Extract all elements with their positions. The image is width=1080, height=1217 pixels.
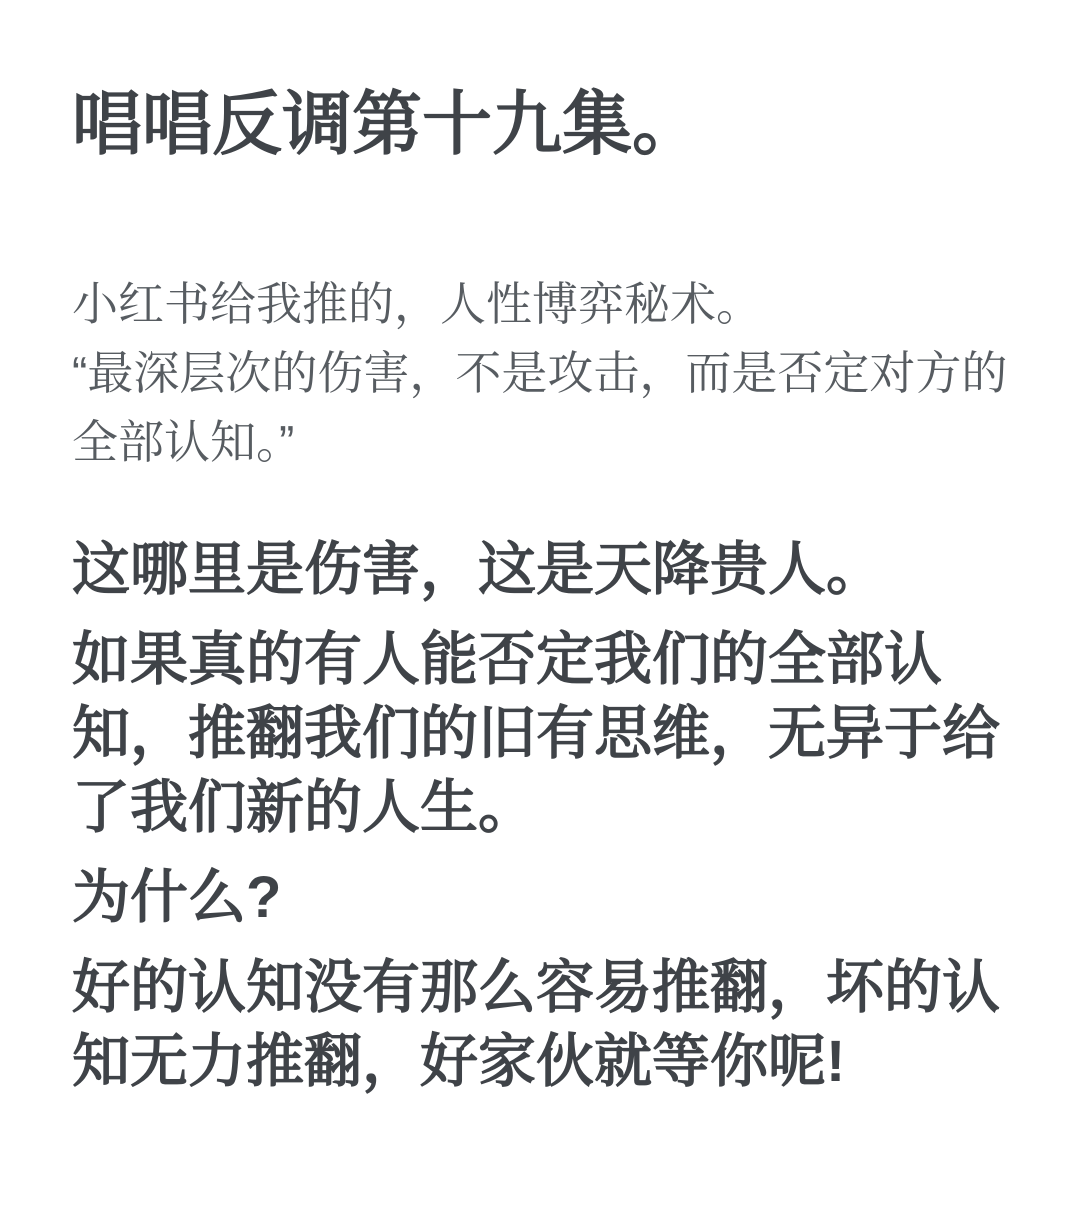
body-paragraph: 好的认知没有那么容易推翻，坏的认 知无力推翻，好家伙就等你呢! bbox=[72, 951, 1018, 1099]
body-line: 知无力推翻，好家伙就等你呢! bbox=[72, 1025, 1018, 1099]
intro-paragraph: 小红书给我推的，人性博弈秘术。 “最深层次的伤害，不是攻击，而是否定对方的 全部… bbox=[72, 270, 1018, 477]
body-line: 知，推翻我们的旧有思维，无异于给 bbox=[72, 697, 1018, 771]
article-page: 唱唱反调第十九集。 小红书给我推的，人性博弈秘术。 “最深层次的伤害，不是攻击，… bbox=[0, 0, 1080, 1217]
body-line: 这哪里是伤害，这是天降贵人。 bbox=[72, 533, 1018, 607]
body-paragraph: 为什么? bbox=[72, 861, 1018, 935]
intro-line: 全部认知。” bbox=[72, 408, 1018, 477]
body-line: 为什么? bbox=[72, 861, 1018, 935]
body-line: 如果真的有人能否定我们的全部认 bbox=[72, 623, 1018, 697]
intro-line: “最深层次的伤害，不是攻击，而是否定对方的 bbox=[72, 339, 1018, 408]
article-body: 这哪里是伤害，这是天降贵人。 如果真的有人能否定我们的全部认 知，推翻我们的旧有… bbox=[72, 533, 1018, 1099]
body-line: 好的认知没有那么容易推翻，坏的认 bbox=[72, 951, 1018, 1025]
body-paragraph: 如果真的有人能否定我们的全部认 知，推翻我们的旧有思维，无异于给 了我们新的人生… bbox=[72, 623, 1018, 845]
article-title: 唱唱反调第十九集。 bbox=[72, 86, 1018, 162]
intro-line: 小红书给我推的，人性博弈秘术。 bbox=[72, 270, 1018, 339]
body-line: 了我们新的人生。 bbox=[72, 771, 1018, 845]
body-paragraph: 这哪里是伤害，这是天降贵人。 bbox=[72, 533, 1018, 607]
